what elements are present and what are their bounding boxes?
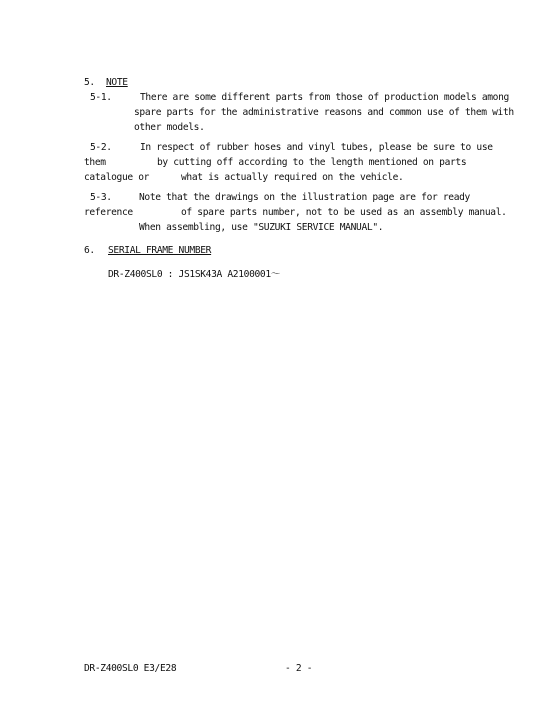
item-5-2-line-2b: by cutting off according to the length m… <box>157 157 466 169</box>
section-6-number: 6. <box>84 245 95 257</box>
footer-model-code: DR-Z400SL0 E3/E28 <box>84 663 176 675</box>
item-5-2-number: 5-2. <box>90 142 112 154</box>
section-6-title: SERIAL FRAME NUMBER <box>108 245 211 257</box>
item-5-3-line-3: When assembling, use "SUZUKI SERVICE MAN… <box>139 222 383 234</box>
item-5-3-line-2b: of spare parts number, not to be used as… <box>181 207 507 219</box>
item-5-1-line-1: There are some different parts from thos… <box>140 92 509 104</box>
item-5-2-line-1: In respect of rubber hoses and vinyl tub… <box>140 142 493 154</box>
item-5-1-number: 5-1. <box>90 92 112 104</box>
item-5-2-line-2a: them <box>84 157 106 169</box>
section-5-title: NOTE <box>106 77 128 89</box>
item-5-3-line-1: Note that the drawings on the illustrati… <box>139 192 470 204</box>
item-5-1-line-2: spare parts for the administrative reaso… <box>134 107 514 119</box>
item-5-3-number: 5-3. <box>90 192 112 204</box>
item-5-1-line-3: other models. <box>134 122 205 134</box>
item-5-3-line-2a: reference <box>84 207 133 219</box>
footer-page-number: - 2 - <box>285 663 312 675</box>
item-5-2-line-3a: catalogue or <box>84 172 149 184</box>
section-5-number: 5. <box>84 77 95 89</box>
item-5-2-line-3b: what is actually required on the vehicle… <box>181 172 403 184</box>
serial-frame-number: DR-Z400SL0 : JS1SK43A A2100001～ <box>108 269 280 281</box>
